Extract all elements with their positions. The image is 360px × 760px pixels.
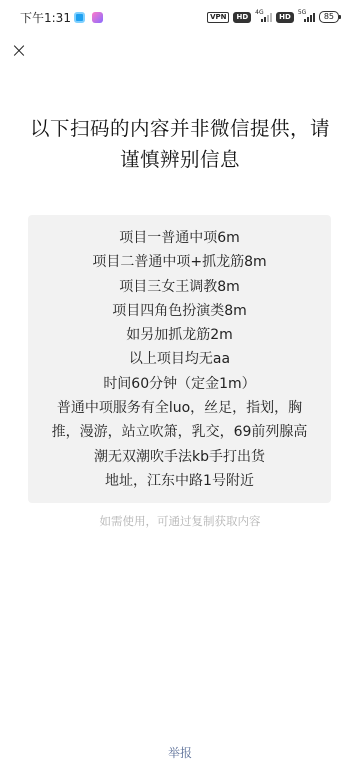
content-line: 如另加抓龙筋2m xyxy=(34,323,325,347)
report-link[interactable]: 举报 xyxy=(0,744,360,760)
app-notification-icon-2 xyxy=(92,12,103,23)
content-line: 项目三女王调教8m xyxy=(34,275,325,299)
status-bar: 下午1:31 VPN HD 4G HD 5G 85 xyxy=(0,0,360,34)
content-line: 项目四角色扮演类8m xyxy=(34,299,325,323)
app-notification-icon xyxy=(74,12,85,23)
content-line: 潮无双潮吹手法kb手打出货 xyxy=(34,445,325,469)
warning-title: 以下扫码的内容并非微信提供，请谨慎辨别信息 xyxy=(24,113,336,175)
scanned-content-box[interactable]: 项目一普通中项6m 项目二普通中项+抓龙筋8m 项目三女王调教8m 项目四角色扮… xyxy=(28,215,331,503)
content-line: 项目一普通中项6m xyxy=(34,226,325,250)
content-line: 地址，江东中路1号附近 xyxy=(34,469,325,493)
close-icon[interactable]: × xyxy=(9,40,29,60)
clock: 下午1:31 xyxy=(20,9,71,26)
signal-4g-icon: 4G xyxy=(255,12,272,22)
vpn-icon: VPN xyxy=(207,12,229,23)
content-line: 推，漫游，站立吹箫，乳交，69前列腺高 xyxy=(34,420,325,444)
hd-icon-2: HD xyxy=(276,12,294,23)
content-line: 时间60分钟（定金1m） xyxy=(34,372,325,396)
content-line: 项目二普通中项+抓龙筋8m xyxy=(34,250,325,274)
content-line: 普通中项服务有全luo，丝足，指划，胸 xyxy=(34,396,325,420)
copy-hint: 如需使用，可通过复制获取内容 xyxy=(0,513,360,529)
status-left: 下午1:31 xyxy=(20,9,103,26)
battery-icon: 85 xyxy=(319,11,339,23)
content-line: 以上项目均无aa xyxy=(34,347,325,371)
signal-5g-icon: 5G xyxy=(298,12,315,22)
status-right: VPN HD 4G HD 5G 85 xyxy=(207,11,342,23)
hd-icon: HD xyxy=(233,12,251,23)
